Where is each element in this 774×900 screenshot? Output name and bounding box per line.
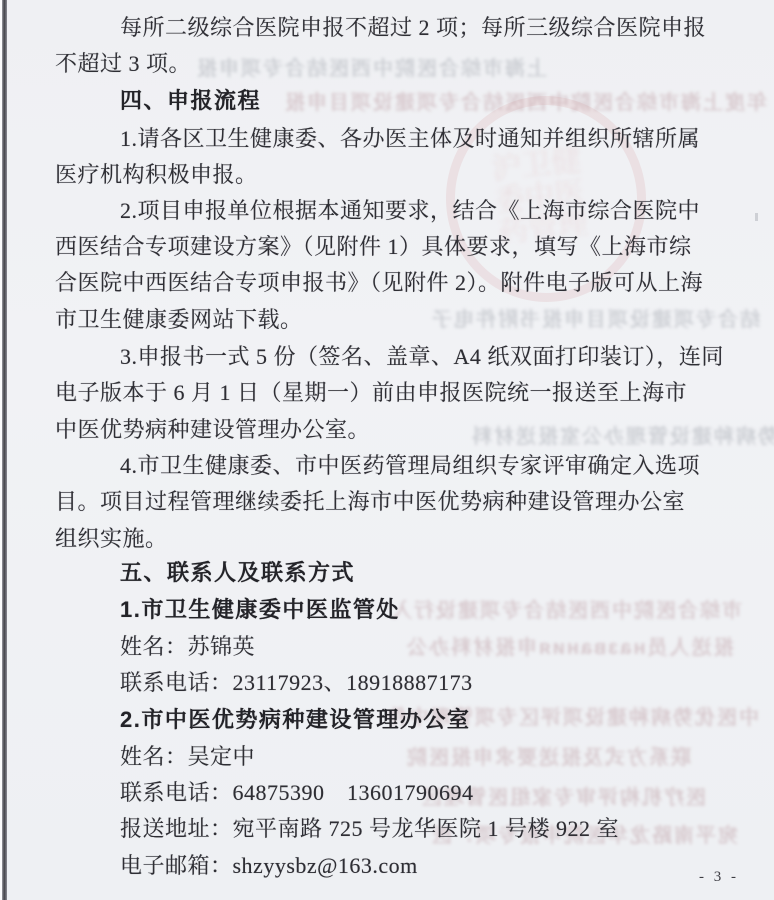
body-line: 1.请各区卫生健康委、各办医主体及时通知并组织所辖所属 (120, 122, 700, 153)
page-number: - 3 - (699, 869, 739, 886)
body-line: 中医优势病种建设管理办公室。 (55, 413, 370, 444)
scan-speck (124, 823, 128, 827)
body-line: 4.市卫生健康委、市中医药管理局组织专家评审确定入选项 (120, 449, 700, 480)
contact-heading: 1.市卫生健康委中医监管处 (120, 593, 400, 624)
bleedthrough-line: 报送人员названия申报材料办公 (405, 631, 734, 660)
bleedthrough-line: 联系方式及报送要求申报医院 (405, 741, 691, 770)
contact-heading: 2.市中医优势病种建设管理办公室 (120, 703, 470, 734)
body-line: 每所二级综合医院申报不超过 2 项；每所三级综合医院申报 (120, 11, 706, 42)
body-line: 目。项目过程管理继续委托上海市中医优势病种建设管理办公室 (55, 485, 685, 516)
contact-email: 电子邮箱：shzyysbz@163.com (120, 849, 418, 880)
scan-speck (755, 213, 758, 221)
bleedthrough-line: 年度上海市综合医院中西医结合专项建设项目申报 (283, 86, 767, 115)
body-line: 西医结合专项建设方案》（见附件 1）具体要求，填写《上海市综 (55, 230, 692, 261)
section-heading: 四、申报流程 (120, 84, 261, 115)
bleedthrough-line: 结合专项建设项目申报书附件电子 (430, 303, 760, 332)
contact-phone: 联系电话：64875390 13601790694 (120, 776, 474, 807)
body-line: 电子版本于 6 月 1 日（星期一）前由申报医院统一报送至上海市 (55, 376, 687, 407)
contact-name: 姓名：吴定中 (120, 740, 255, 771)
contact-name: 姓名：苏锦英 (120, 630, 255, 661)
body-line: 组织实施。 (55, 522, 168, 553)
body-line: 不超过 3 项。 (55, 47, 191, 78)
contact-address: 报送地址：宛平南路 725 号龙华医院 1 号楼 922 室 (120, 812, 619, 843)
body-line: 2.项目申报单位根据本通知要求，结合《上海市综合医院中 (120, 194, 700, 225)
section-heading: 五、联系人及联系方式 (120, 556, 355, 587)
bleedthrough-line: 上海市综合医院中西医结合专项申报 (195, 52, 547, 81)
contact-phone: 联系电话：23117923、18918887173 (120, 666, 473, 697)
body-line: 医疗机构积极申报。 (55, 158, 258, 189)
scan-edge-line (2, 0, 7, 900)
body-line: 3.申报书一式 5 份（签名、盖章、A4 纸双面打印装订），连同 (120, 340, 724, 371)
bleedthrough-line: 优势病种建设管理办公室报送材料 (470, 420, 774, 449)
body-line: 合医院中西医结合专项申报书》（见附件 2）。附件电子版可从上海 (55, 266, 703, 297)
bleedthrough-line: 市综合医院中西医结合专项建设行入 (390, 594, 742, 623)
body-line: 市卫生健康委网站下载。 (55, 303, 303, 334)
